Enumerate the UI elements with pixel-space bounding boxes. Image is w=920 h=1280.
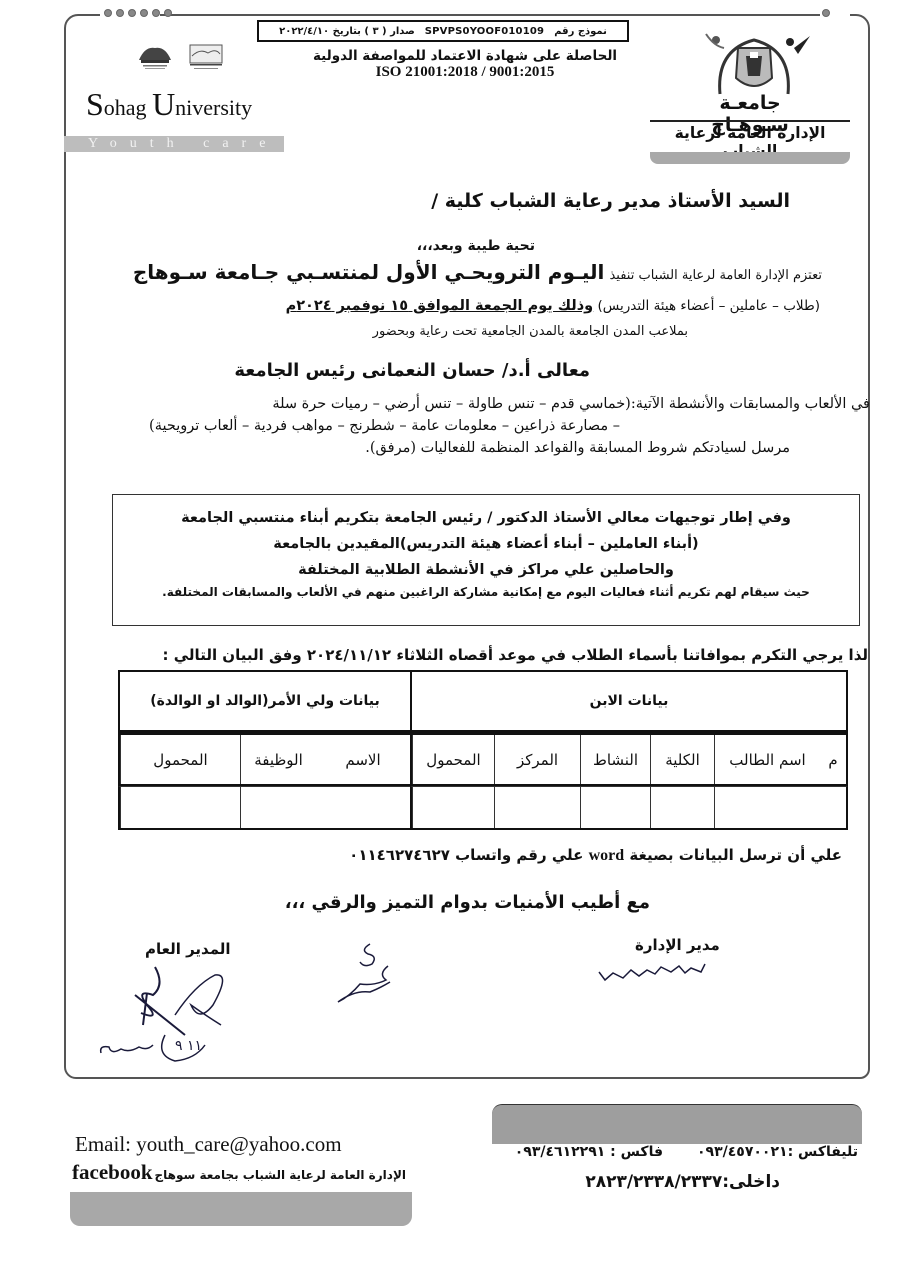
whatsapp-number: علي رقم واتساب ٠١١٤٦٢٧٤٦٢٧ — [349, 846, 583, 864]
intro-paragraph: تعتزم الإدارة العامة لرعاية الشباب تنفيذ… — [102, 260, 822, 284]
footer-band-left — [70, 1192, 412, 1226]
venue-line: بملاعب المدن الجامعة بالمدن الجامعية تحت… — [373, 324, 688, 339]
event-date: وذلك يوم الجمعة الموافق ١٥ نوفمبر ٢٠٢٤م — [286, 298, 594, 314]
fax-number: فاكس : ٠٩٣/٤٦١٢٢٩١ — [515, 1144, 663, 1160]
honor-line: وفي إطار توجيهات معالي الأستاذ الدكتور /… — [113, 505, 859, 531]
event-name: اليـوم الترويحـي الأول لمنتسـبي جـامعة س… — [133, 260, 605, 284]
column-header: الاسم — [316, 735, 410, 784]
column-header: الكلية — [650, 735, 714, 784]
greeting: تحية طيبة وبعد،،، — [417, 238, 535, 254]
activities-line: مرسل لسيادتكم شروط المسابقة والقواعد الم… — [80, 437, 870, 459]
honor-line: والحاصلين علي مراكز في الأنشطة الطلابية … — [113, 557, 859, 583]
intro-prefix: تعتزم الإدارة العامة لرعاية الشباب تنفيذ — [609, 268, 822, 283]
column-header: م — [820, 735, 846, 784]
form-id-box: نموذج رقم SPVPS0YOOF010109 صدار ( ٣ ) بت… — [257, 20, 629, 42]
salutation: السيد الأستاذ مدير رعاية الشباب كلية / — [431, 190, 790, 212]
table-cell[interactable] — [820, 787, 846, 828]
table-row — [410, 786, 848, 830]
facebook-page[interactable]: الإدارة العامة لرعاية الشباب بجامعة سوها… — [72, 1160, 406, 1185]
svg-text:١١ ٩: ١١ ٩ — [175, 1038, 202, 1054]
department-director-signature-icon — [595, 958, 710, 988]
decorative-dots-right — [822, 9, 830, 17]
guardian-group-header: بيانات ولي الأمر(الوالد او الوالدة) — [118, 670, 412, 732]
table-cell[interactable] — [714, 787, 820, 828]
telefax-number: تليفاكس :٠٩٣/٤٥٧٠٠٢١ — [697, 1144, 858, 1160]
request-line: لذا يرجي التكرم بموافاتنا بأسماء الطلاب … — [163, 646, 868, 664]
sohag-university-logo-text: Sohag University — [86, 86, 252, 123]
column-header: المحمول — [120, 735, 240, 784]
footer-band-right — [492, 1104, 862, 1144]
table-cell[interactable] — [316, 787, 410, 828]
general-director-title: المدير العام — [145, 940, 231, 958]
form-id-label: نموذج رقم — [554, 26, 607, 37]
participants-date-line: (طلاب – عاملين – أعضاء هيئة التدريس) وذل… — [286, 298, 820, 314]
form-id-issue: صدار ( ٣ ) بتاريخ ٢٠٢٢/٤/١٠ — [279, 26, 415, 37]
table-cell[interactable] — [580, 787, 650, 828]
facebook-page-name: الإدارة العامة لرعاية الشباب بجامعة سوها… — [155, 1168, 407, 1182]
patron-name: معالى أ.د/ حسان النعمانى رئيس الجامعة — [234, 360, 590, 381]
column-header: اسم الطالب — [714, 735, 820, 784]
decorative-dots-left — [104, 9, 172, 17]
honor-line: (أبناء العاملين – أبناء أعضاء هيئة التدر… — [113, 531, 859, 557]
building-logo-icon — [135, 42, 175, 72]
department-director-title: مدير الإدارة — [635, 936, 720, 954]
send-instructions: علي أن ترسل البيانات بصيغة word علي رقم … — [349, 846, 842, 865]
son-group-header: بيانات الابن — [410, 670, 848, 732]
approval-signature-icon — [330, 940, 410, 1010]
column-header: المحمول — [412, 735, 494, 784]
table-cell[interactable] — [240, 787, 316, 828]
table-cell[interactable] — [494, 787, 580, 828]
file-format: word — [589, 847, 625, 864]
participants: (طلاب – عاملين – أعضاء هيئة التدريس) — [598, 298, 821, 314]
table-row — [118, 786, 412, 830]
accreditation-logo-icon — [186, 42, 226, 72]
contact-email[interactable]: Email: youth_care@yahoo.com — [75, 1132, 342, 1157]
table-cell[interactable] — [412, 787, 494, 828]
youth-care-banner: Youth care — [64, 136, 284, 152]
general-director-signature-icon: ١١ ٩ — [95, 965, 255, 1075]
guardian-columns-header: المحمول الوظيفة الاسم — [118, 732, 412, 786]
table-cell[interactable] — [120, 787, 240, 828]
university-emblem-icon — [686, 28, 826, 100]
son-columns-header: المحمول المركز النشاط الكلية اسم الطالب … — [410, 732, 848, 786]
table-cell[interactable] — [650, 787, 714, 828]
column-header: النشاط — [580, 735, 650, 784]
form-id-code: SPVPS0YOOF010109 — [425, 26, 544, 37]
iso-standards: ISO 21001:2018 / 9001:2015 — [300, 64, 630, 81]
activities-paragraph: في الألعاب والمسابقات والأنشطة الآتية:(خ… — [80, 393, 870, 459]
internal-extensions: داخلى:٢٨٢٣/٢٣٣٨/٢٣٣٧ — [585, 1172, 780, 1192]
phone-numbers: تليفاكس :٠٩٣/٤٥٧٠٠٢١ فاكس : ٠٩٣/٤٦١٢٢٩١ — [515, 1144, 858, 1160]
honoring-notice-box: وفي إطار توجيهات معالي الأستاذ الدكتور /… — [112, 494, 860, 626]
column-header: الوظيفة — [240, 735, 316, 784]
closing-wishes: مع أطيب الأمنيات بدوام التميز والرقي ،،، — [285, 892, 650, 913]
facebook-label: facebook — [72, 1160, 153, 1185]
certification-text: الحاصلة على شهادة الاعتماد للمواصفة الدو… — [300, 48, 630, 64]
column-header: المركز — [494, 735, 580, 784]
activities-line: في الألعاب والمسابقات والأنشطة الآتية:(خ… — [80, 393, 870, 415]
honor-note: حيث سيقام لهم تكريم أثناء فعاليات اليوم … — [113, 585, 859, 599]
activities-line: – مصارعة ذراعين – معلومات عامة – شطرنج –… — [80, 415, 870, 437]
